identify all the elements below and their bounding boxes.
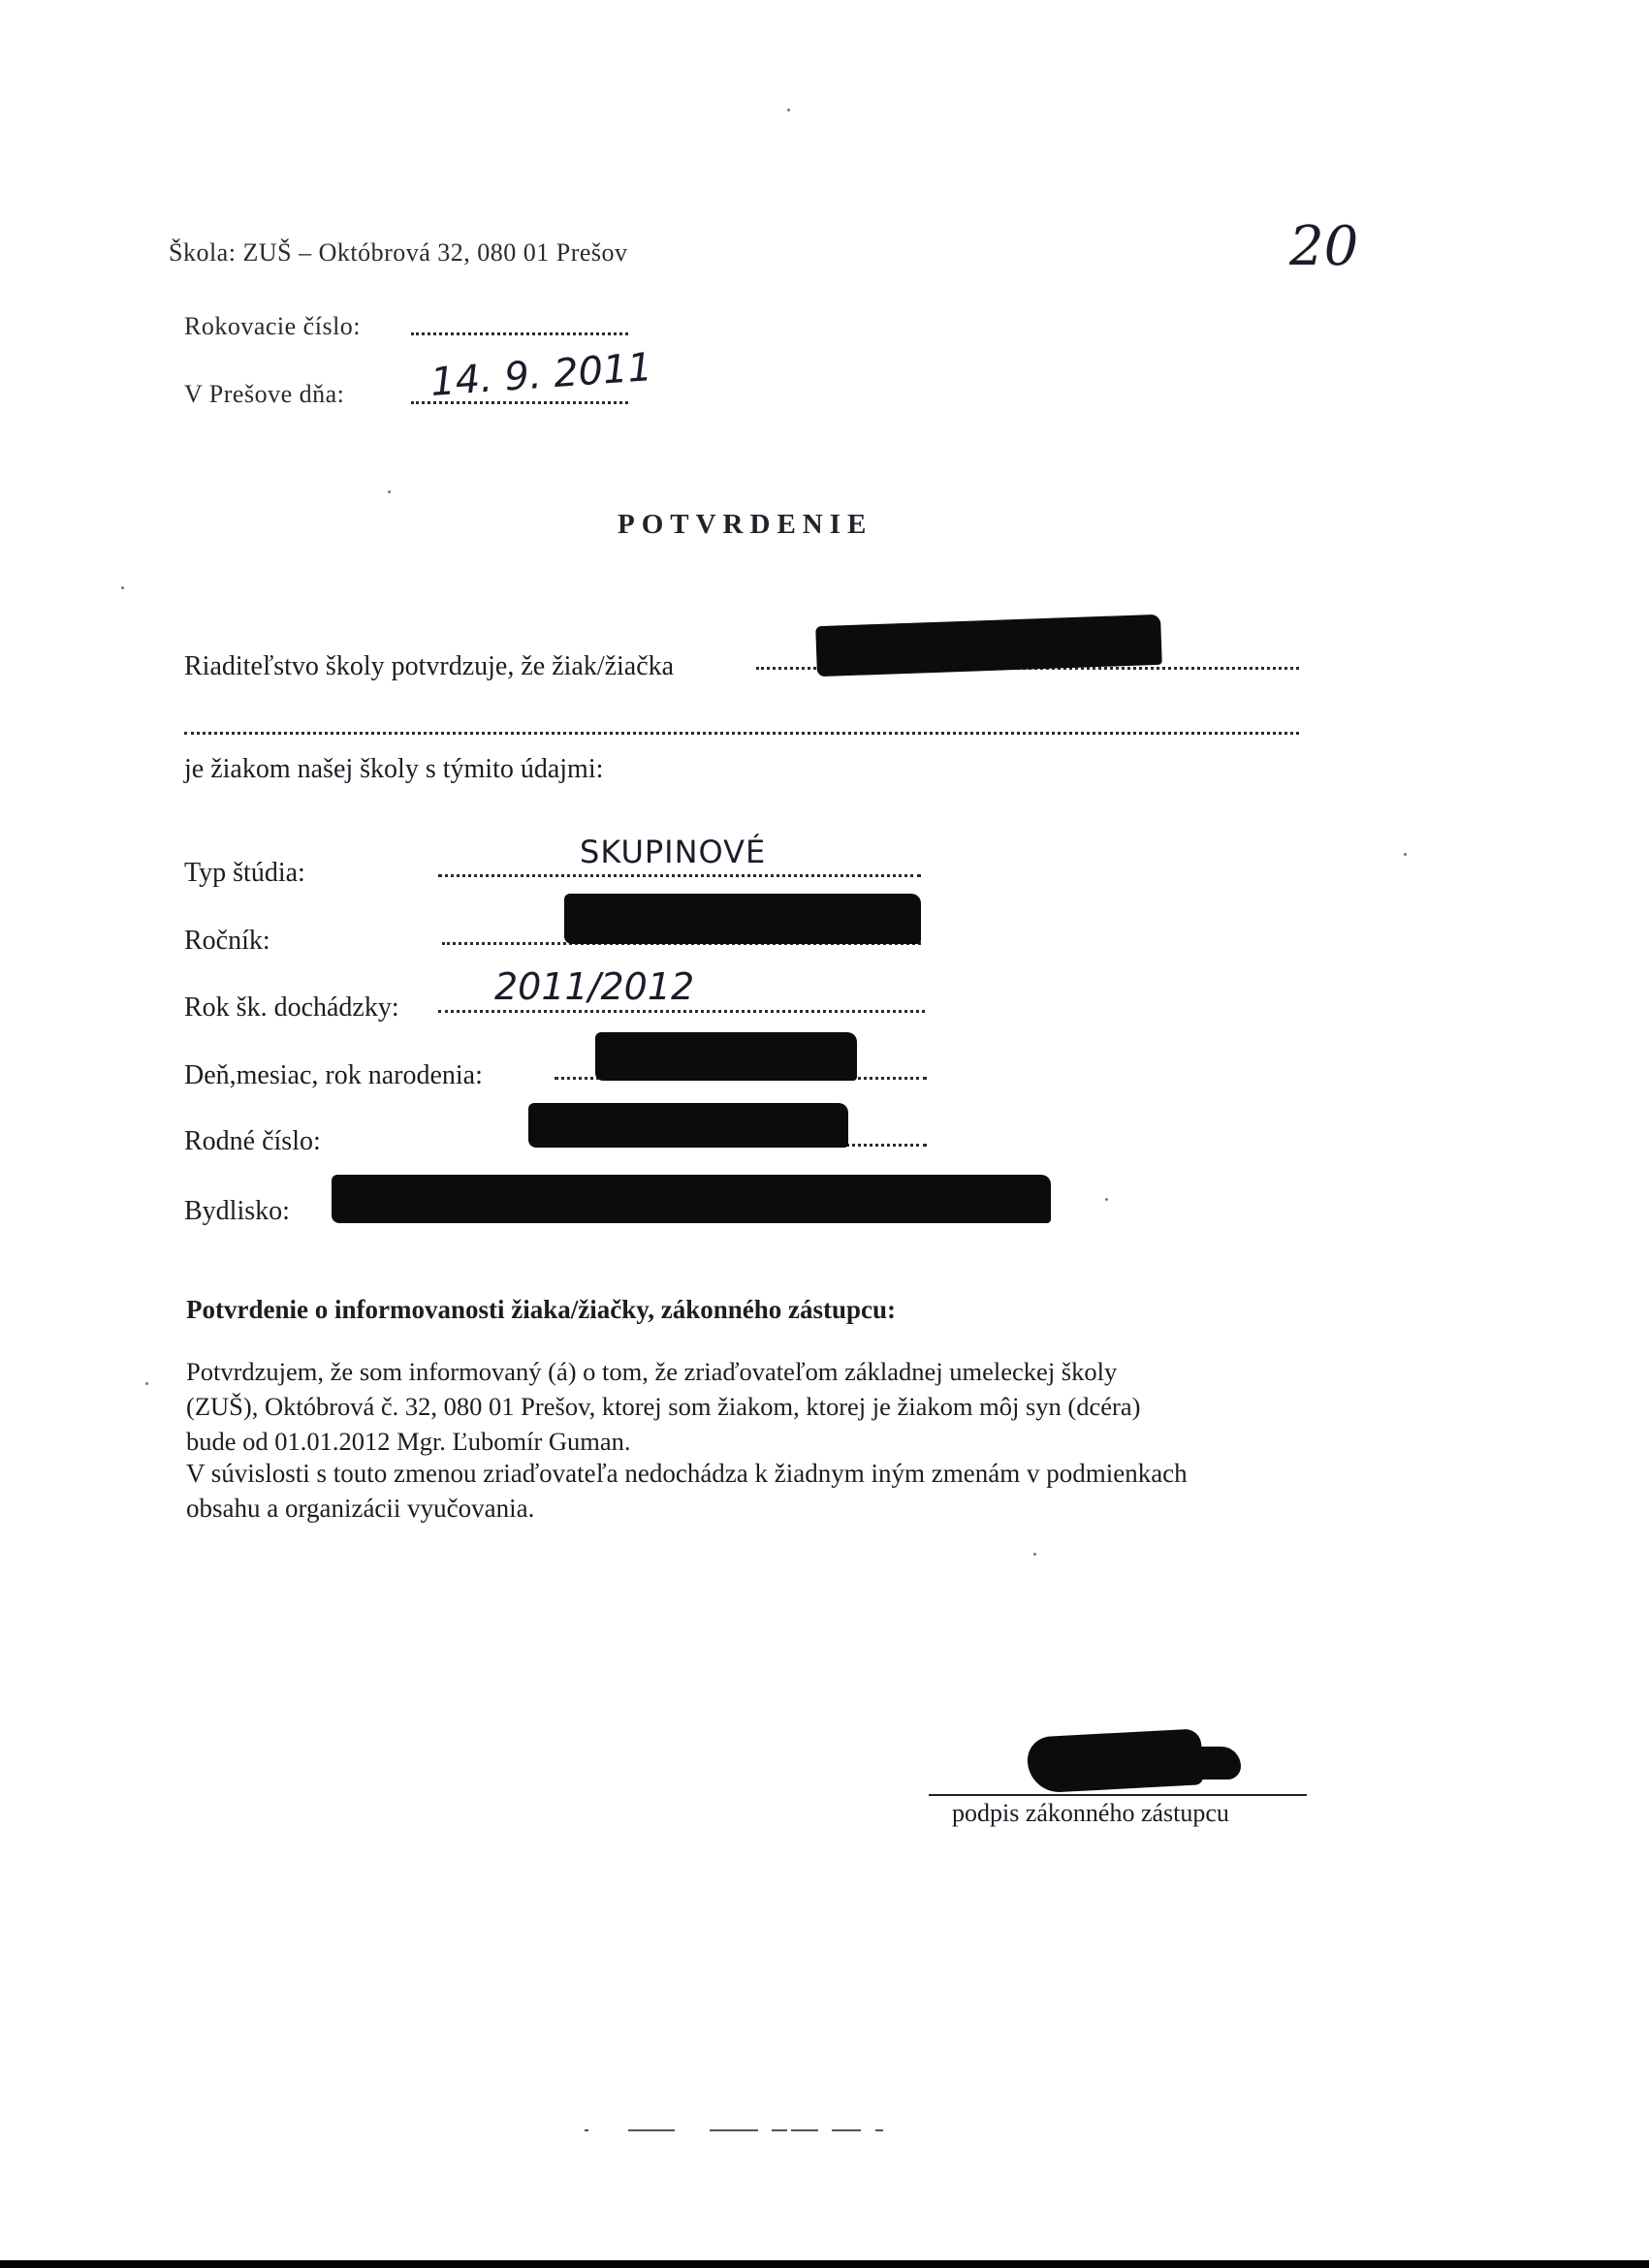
scan-artifact <box>585 2129 588 2131</box>
redacted-grade <box>564 894 921 944</box>
confirmation-line-5: obsahu a organizácii vyučovania. <box>186 1494 534 1524</box>
redacted-birth-date <box>595 1032 857 1081</box>
field-label-school-year: Rok šk. dochádzky: <box>184 992 399 1024</box>
field-study-type <box>438 874 921 877</box>
intro-line-1: Riaditeľstvo školy potvrdzuje, že žiak/ž… <box>184 651 674 682</box>
signature-line <box>929 1794 1307 1796</box>
document-title: POTVRDENIE <box>618 509 872 541</box>
field-value-school-year: 2011/2012 <box>494 965 694 1008</box>
scan-border <box>0 2260 1649 2268</box>
intro-line-2: je žiakom našej školy s týmito údajmi: <box>184 754 603 785</box>
school-address: Škola: ZUŠ – Októbrová 32, 080 01 Prešov <box>169 238 628 268</box>
field-value-study-type: SKUPINOVÉ <box>580 834 766 870</box>
date-handwritten: 14. 9. 2011 <box>429 345 654 405</box>
page-mark-handwritten: 20 <box>1289 215 1358 278</box>
ref-number-label: Rokovacie číslo: <box>184 312 361 341</box>
confirmation-line-3: bude od 01.01.2012 Mgr. Ľubomír Guman. <box>186 1427 631 1457</box>
field-label-grade: Ročník: <box>184 926 270 957</box>
field-label-study-type: Typ štúdia: <box>184 858 305 889</box>
confirmation-heading: Potvrdenie o informovanosti žiaka/žiačky… <box>186 1295 896 1325</box>
field-school-year <box>438 1010 925 1013</box>
field-label-birth-number: Rodné číslo: <box>184 1126 321 1157</box>
confirmation-line-2: (ZUŠ), Októbrová č. 32, 080 01 Prešov, k… <box>186 1392 1140 1422</box>
field-label-birth-date: Deň,mesiac, rok narodenia: <box>184 1060 483 1091</box>
confirmation-line-1: Potvrdzujem, že som informovaný (á) o to… <box>186 1357 1117 1387</box>
redacted-address <box>332 1175 1051 1223</box>
confirmation-line-4: V súvislosti s touto zmenou zriaďovateľa… <box>186 1459 1188 1489</box>
signature-label: podpis zákonného zástupcu <box>952 1799 1229 1828</box>
redacted-birth-number <box>528 1103 848 1148</box>
ref-number-field <box>411 332 628 335</box>
field-label-address: Bydlisko: <box>184 1196 290 1227</box>
student-name-field-continued <box>184 732 1299 735</box>
date-label: V Prešove dňa: <box>184 380 344 409</box>
